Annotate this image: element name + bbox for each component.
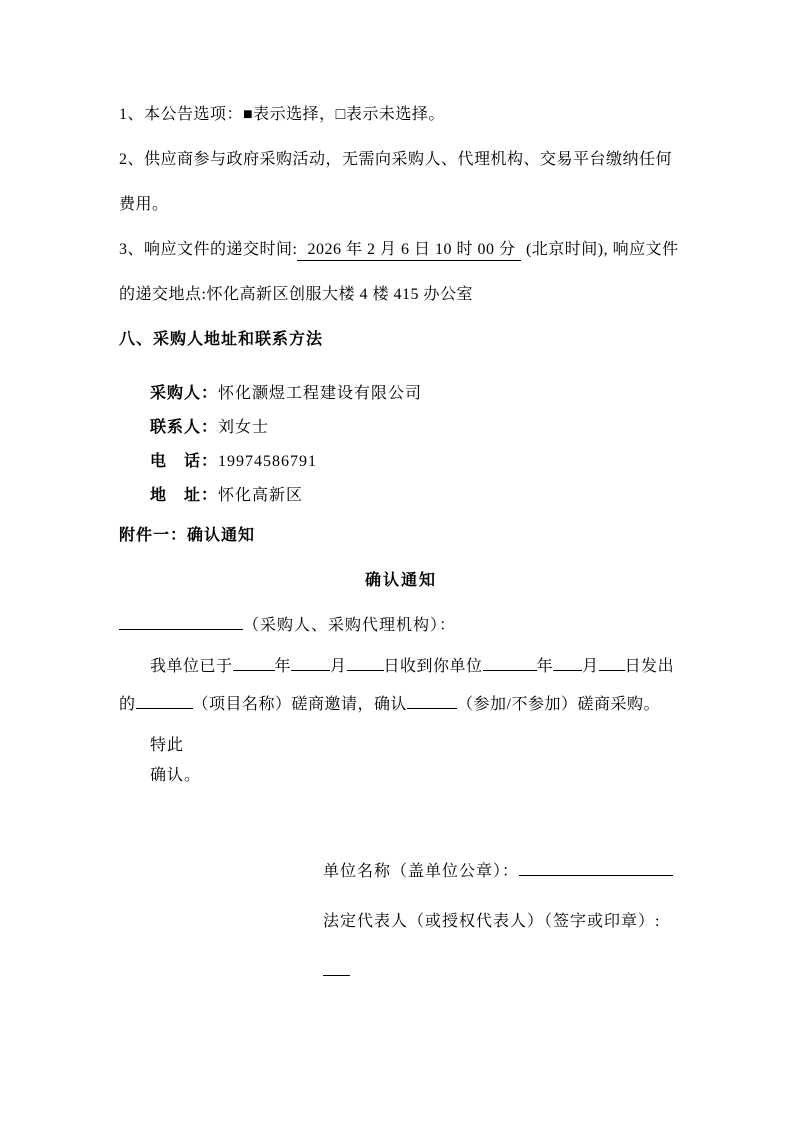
salutation-line: （采购人、采购代理机构）： bbox=[119, 603, 683, 648]
body-seg-2: 日收到你单位 bbox=[384, 658, 483, 675]
body-seg-month2: 月 bbox=[582, 658, 599, 675]
closing-line-1: 特此 bbox=[150, 731, 683, 761]
project-name-blank bbox=[136, 693, 193, 709]
contact-row-phone: 电 话：19974586791 bbox=[150, 445, 683, 479]
unit-name-blank bbox=[519, 860, 673, 876]
attachment-heading: 附件一：确认通知 bbox=[119, 513, 683, 558]
closing-block: 特此 确认。 bbox=[119, 731, 683, 791]
contact-row-purchaser: 采购人：怀化灏煜工程建设有限公司 bbox=[150, 377, 683, 411]
signature-line-unit: 单位名称（盖单位公章）： bbox=[323, 847, 683, 897]
signature-line-representative: 法定代表人（或授权代表人）（签字或印章）: bbox=[323, 897, 683, 997]
body-seg-year2: 年 bbox=[537, 658, 554, 675]
representative-sign-blank bbox=[323, 960, 350, 976]
contact-person-label: 联系人： bbox=[150, 419, 218, 436]
sent-month-blank bbox=[553, 655, 582, 671]
salutation-text: （采购人、采购代理机构）： bbox=[243, 617, 456, 634]
sent-day-blank bbox=[599, 655, 625, 671]
unit-name-label: 单位名称（盖单位公章）： bbox=[323, 863, 519, 880]
received-month-blank bbox=[291, 655, 330, 671]
contact-list: 采购人：怀化灏煜工程建设有限公司 联系人：刘女士 电 话：19974586791… bbox=[150, 377, 683, 513]
document-page: 1、本公告选项：■表示选择，□表示未选择。 2、供应商参与政府采购活动，无需向采… bbox=[0, 0, 793, 1122]
body-seg-year: 年 bbox=[275, 658, 292, 675]
address-value: 怀化高新区 bbox=[218, 487, 303, 504]
note-item-1: 1、本公告选项：■表示选择，□表示未选择。 bbox=[119, 92, 683, 137]
body-seg-4: 的 bbox=[119, 696, 136, 713]
section8-heading: 八、采购人地址和联系方法 bbox=[119, 317, 683, 362]
received-year-blank bbox=[233, 655, 275, 671]
purchaser-value: 怀化灏煜工程建设有限公司 bbox=[218, 385, 422, 402]
note-item-3-prefix: 3、响应文件的递交时间: bbox=[119, 241, 297, 258]
note-item-3: 3、响应文件的递交时间:2026 年 2 月 6 日 10 时 00 分 (北京… bbox=[119, 227, 683, 317]
closing-line-2: 确认。 bbox=[150, 761, 683, 791]
phone-value: 19974586791 bbox=[218, 453, 317, 470]
phone-label: 电 话： bbox=[150, 453, 218, 470]
address-label: 地 址： bbox=[150, 487, 218, 504]
sent-year-blank bbox=[483, 655, 537, 671]
submission-deadline-underlined: 2026 年 2 月 6 日 10 时 00 分 bbox=[297, 241, 521, 261]
signature-block: 单位名称（盖单位公章）： 法定代表人（或授权代表人）（签字或印章）: bbox=[323, 847, 683, 997]
purchaser-label: 采购人： bbox=[150, 385, 218, 402]
participate-blank bbox=[407, 693, 457, 709]
body-seg-5: （项目名称）磋商邀请，确认 bbox=[193, 696, 408, 713]
representative-label: 法定代表人（或授权代表人）（签字或印章）: bbox=[323, 913, 660, 930]
body-seg-3: 日发出 bbox=[625, 658, 675, 675]
contact-row-person: 联系人：刘女士 bbox=[150, 411, 683, 445]
body-seg-6: （参加/不参加）磋商采购。 bbox=[457, 696, 660, 713]
body-seg-1: 我单位已于 bbox=[150, 658, 233, 675]
confirmation-notice-title: 确认通知 bbox=[119, 558, 683, 603]
note-item-2: 2、供应商参与政府采购活动，无需向采购人、代理机构、交易平台缴纳任何费用。 bbox=[119, 137, 683, 227]
contact-person-value: 刘女士 bbox=[218, 419, 269, 436]
body-seg-month: 月 bbox=[330, 658, 347, 675]
confirmation-body: 我单位已于年月日收到你单位年月日发出 的（项目名称）磋商邀请，确认（参加/不参加… bbox=[119, 648, 683, 724]
contact-row-address: 地 址：怀化高新区 bbox=[150, 479, 683, 513]
received-day-blank bbox=[347, 655, 384, 671]
recipient-name-blank bbox=[119, 614, 243, 630]
